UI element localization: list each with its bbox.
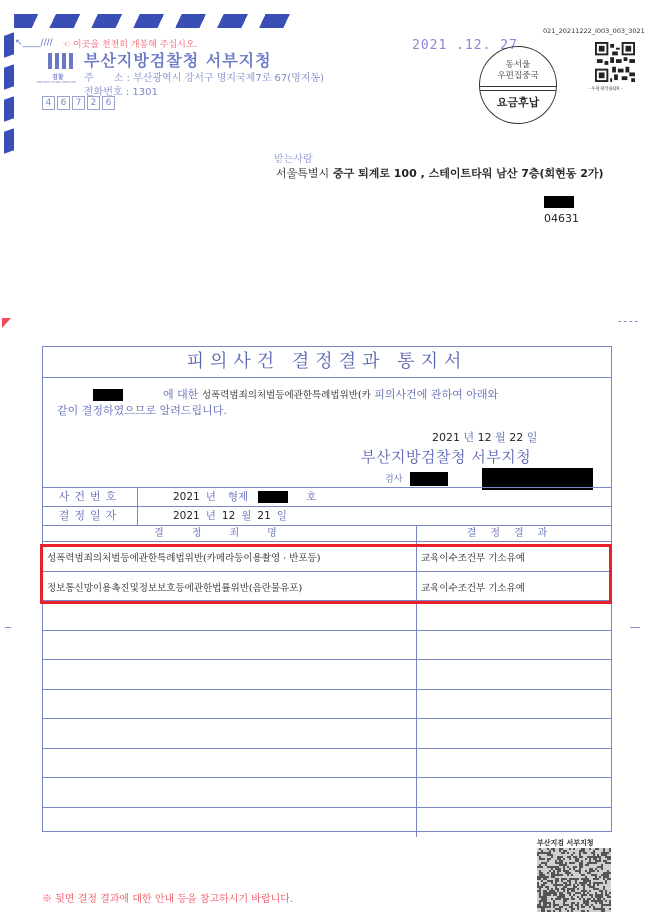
offense-cell — [43, 808, 417, 838]
result-cell — [417, 719, 611, 749]
address-value: 부산광역시 강서구 명지국제7로 67(명지동) — [133, 73, 324, 84]
table-row — [43, 600, 611, 631]
result-cell — [417, 808, 611, 838]
offense-cell — [43, 601, 417, 631]
unit-label: 년 — [206, 510, 216, 522]
fold-mark-icon — [2, 318, 11, 328]
recipient-address: 서울특별시 중구 퇴계로 100 , 스테이트타워 남산 7층(회현동 2가) — [276, 166, 606, 181]
intro-section: 에 대한 성폭력범죄의처벌등에관한특례법위반(카 피의사건에 관하여 아래와 같… — [43, 378, 611, 482]
result-cell — [417, 601, 611, 631]
recipient-city: 서울특별시 — [276, 167, 329, 180]
redaction-box — [258, 491, 288, 503]
offense-cell — [43, 778, 417, 808]
case-number-value: 2021년형제호 — [173, 488, 322, 506]
table-row — [43, 777, 611, 808]
sender-address: 주 소 : 부산광역시 강서구 명지국제7로 67(명지동) — [84, 69, 324, 84]
decision-month: 12 — [222, 510, 235, 522]
logo-subtext: PROSECUTION SERVICE — [37, 80, 76, 84]
fold-line — [5, 627, 11, 629]
zip-digit: 4 — [42, 96, 55, 110]
issuer-name: 부산지방검찰청 서부지청 — [361, 446, 531, 467]
qr-code-icon — [537, 848, 611, 912]
case-type: 형제 — [228, 491, 248, 503]
offense-cell — [43, 631, 417, 661]
sender-name: 부산지방검찰청 서부지청 — [84, 48, 272, 71]
intro-about: 에 대한 — [163, 388, 198, 401]
stamp-divider — [480, 86, 556, 91]
unit-label: 일 — [277, 510, 287, 522]
recipient-zip: 04631 — [544, 212, 579, 225]
stamp-office-line1: 동서울 — [506, 60, 531, 70]
intro-line2: 같이 결정하였으므로 알려드립니다. — [57, 402, 227, 418]
bottom-qr-label: 부산지검 서부지청 — [537, 838, 594, 848]
redaction-box — [410, 472, 448, 486]
decision-date-row: 결정일자 2021년12월21일 — [43, 506, 611, 525]
header-offense: 결정죄명 — [43, 526, 417, 541]
result-cell — [417, 690, 611, 720]
stamp-office-line2: 우편집중국 — [497, 71, 538, 81]
offense-cell — [43, 690, 417, 720]
issue-date: 2021 년 12 월 22 일 — [432, 429, 537, 445]
intro-tail: 피의사건에 관하여 아래와 — [374, 388, 498, 401]
open-arrow-icon: ↖____//// — [15, 38, 53, 48]
zip-digit: 6 — [57, 96, 70, 110]
case-number-label: 사건번호 — [43, 488, 138, 506]
decision-year: 2021 — [173, 510, 200, 522]
zip-digit: 2 — [87, 96, 100, 110]
issue-day: 22 — [509, 431, 523, 444]
postage-stamp: 동서울 우편집중국 요금후납 — [479, 46, 557, 124]
header-result: 결정결과 — [417, 526, 611, 541]
result-cell — [417, 749, 611, 779]
recipient-label: 받는사람 — [274, 150, 313, 165]
highlight-box — [40, 544, 612, 604]
case-number-row: 사건번호 2021년형제호 — [43, 487, 611, 506]
unit-label: 일 — [527, 431, 538, 444]
offense-cell — [43, 660, 417, 690]
footnote: ※ 뒷면 결정 결과에 대한 안내 등을 참고하시기 바랍니다. — [42, 890, 293, 905]
decision-table-header: 결정죄명 결정결과 — [43, 525, 611, 541]
result-cell — [417, 660, 611, 690]
offense-cell — [43, 749, 417, 779]
unit-label: 년 — [206, 491, 216, 503]
qr-code-icon — [594, 42, 636, 82]
redaction-box — [93, 389, 123, 401]
table-row — [43, 659, 611, 690]
redaction-box — [544, 196, 574, 208]
stamp-payment: 요금후납 — [480, 94, 556, 110]
prosecutor-label: 검사 — [385, 475, 402, 485]
unit-label: 월 — [495, 431, 506, 444]
unit-label: 월 — [241, 510, 251, 522]
result-cell — [417, 631, 611, 661]
zip-digit: 6 — [102, 96, 115, 110]
issue-month: 12 — [478, 431, 492, 444]
document-code: 021_20211222_I003_003_3021 — [543, 27, 645, 35]
offense-cell — [43, 719, 417, 749]
table-row — [43, 689, 611, 720]
zip-digit: 7 — [72, 96, 85, 110]
fold-line — [618, 321, 638, 323]
prosecution-logo-icon — [48, 53, 74, 69]
form-title: 피의사건 결정결과 통지서 — [43, 347, 611, 378]
table-row — [43, 630, 611, 661]
intro-line1: 에 대한 성폭력범죄의처벌등에관한특례법위반(카 피의사건에 관하여 아래와 — [57, 386, 498, 402]
airmail-stripe-left — [4, 32, 14, 161]
decision-date-label: 결정일자 — [43, 507, 138, 525]
table-row — [43, 718, 611, 749]
table-row — [43, 748, 611, 779]
issue-year: 2021 — [432, 431, 460, 444]
table-row — [43, 807, 611, 838]
decision-date-value: 2021년12월21일 — [173, 507, 293, 525]
fold-line — [630, 627, 640, 629]
recipient-street: 중구 퇴계로 100 , 스테이트타워 남산 7층(회현동 2가) — [333, 167, 604, 180]
airmail-stripe-top — [14, 14, 299, 28]
decision-day: 21 — [257, 510, 270, 522]
intro-offense: 성폭력범죄의처벌등에관한특례법위반(카 — [202, 390, 371, 401]
stamp-office: 동서울 우편집중국 — [480, 60, 556, 82]
tel-value: 1301 — [132, 87, 157, 98]
case-year: 2021 — [173, 491, 200, 503]
unit-label: 년 — [464, 431, 475, 444]
result-cell — [417, 778, 611, 808]
sender-zip: 4 6 7 2 6 — [42, 96, 115, 110]
qr-label: - 우편제작용QR - — [588, 86, 623, 92]
unit-label: 호 — [306, 491, 316, 503]
